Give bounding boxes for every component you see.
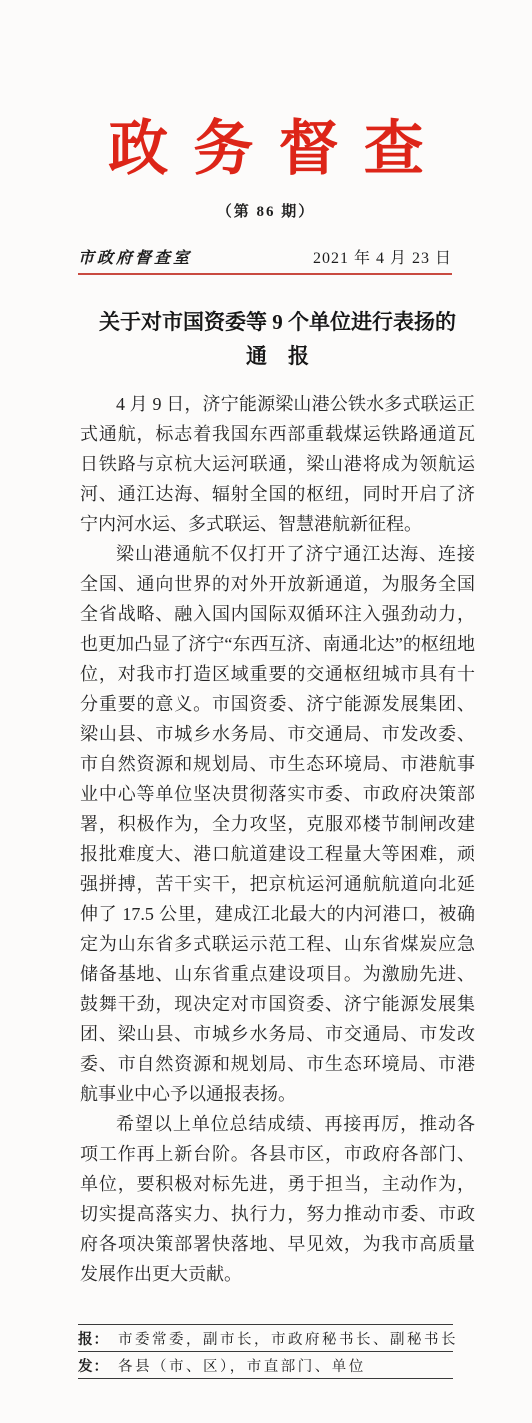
distribute-to-row: 发： 各县（市、区），市直部门、单位 <box>78 1352 453 1378</box>
document-body: 4 月 9 日，济宁能源梁山港公铁水多式联运正式通航，标志着我国东西部重载煤运铁… <box>80 389 475 1289</box>
bulletin-page: 政务督查 （第 86 期） 市政府督查室 2021 年 4 月 23 日 关于对… <box>0 0 532 1423</box>
issue-number: （第 86 期） <box>0 200 532 221</box>
body-paragraph: 希望以上单位总结成绩、再接再厉，推动各项工作再上新台阶。各县市区，市政府各部门、… <box>80 1109 475 1289</box>
footer-rule-bottom <box>78 1378 453 1379</box>
document-title-line1: 关于对市国资委等 9 个单位进行表扬的 <box>80 305 475 339</box>
document-title-line2: 通 报 <box>80 339 475 373</box>
issue-date: 2021 年 4 月 23 日 <box>313 245 452 268</box>
document-title: 关于对市国资委等 9 个单位进行表扬的 通 报 <box>80 305 475 373</box>
distribute-to-recipients: 各县（市、区），市直部门、单位 <box>118 1355 366 1376</box>
issuing-office: 市政府督查室 <box>78 245 192 268</box>
body-paragraph: 4 月 9 日，济宁能源梁山港公铁水多式联运正式通航，标志着我国东西部重载煤运铁… <box>80 389 475 539</box>
distribute-to-label: 发： <box>78 1355 109 1376</box>
distribution-footer: 报： 市委常委，副市长，市政府秘书长、副秘书长 发： 各县（市、区），市直部门、… <box>78 1324 453 1379</box>
report-to-label: 报： <box>78 1328 109 1349</box>
masthead-meta-row: 市政府督查室 2021 年 4 月 23 日 <box>78 245 452 275</box>
report-to-recipients: 市委常委，副市长，市政府秘书长、副秘书长 <box>118 1328 458 1349</box>
masthead-title: 政务督查 <box>0 112 532 186</box>
body-paragraph: 梁山港通航不仅打开了济宁通江达海、连接全国、通向世界的对外开放新通道，为服务全国… <box>80 539 475 1109</box>
report-to-row: 报： 市委常委，副市长，市政府秘书长、副秘书长 <box>78 1325 453 1351</box>
